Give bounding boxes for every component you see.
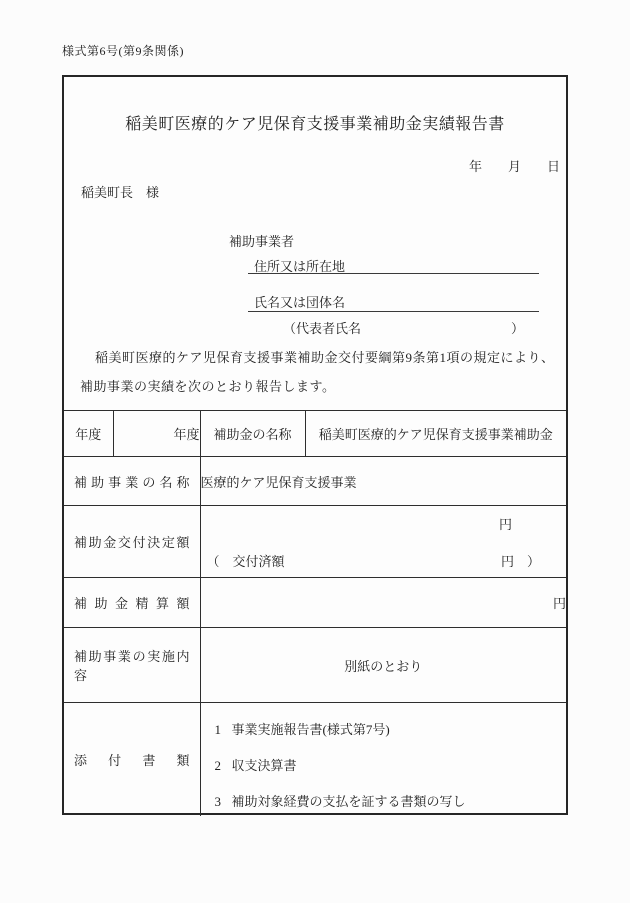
grant-decided-label-cell: 補助金交付決定額	[64, 506, 200, 578]
addressee: 稲美町長 様	[81, 182, 159, 201]
grant-decided-unit: 円	[201, 514, 567, 533]
attachment-item-text: 補助対象経費の支払を証する書類の写し	[232, 794, 466, 809]
paid-amount-unit: 円 ）	[501, 551, 540, 570]
table-row-fiscal-year: 年度 年度 補助金の名称 稲美町医療的ケア児保育支援事業補助金	[64, 411, 566, 457]
settlement-unit: 円	[200, 578, 566, 628]
attachment-item-text: 事業実施報告書(様式第7号)	[232, 722, 390, 737]
project-name-label: 補助事業の名称	[64, 472, 200, 491]
attachments-label: 添付書類	[64, 750, 200, 769]
implementation-label: 補助事業の実施内容	[64, 646, 200, 684]
attachment-item: 2収支決算書	[215, 755, 561, 774]
project-name-value: 医療的ケア児保育支援事業	[200, 457, 566, 506]
body-text-line2: 補助事業の実績を次のとおり報告します。	[80, 376, 335, 395]
grant-decided-value-cell: 円 （ 交付済額 円 ）	[200, 506, 566, 578]
date-line: 年 月 日	[469, 156, 560, 175]
project-name-label-cell: 補助事業の名称	[64, 457, 200, 506]
paid-amount-line: （ 交付済額 円 ）	[201, 551, 567, 570]
grant-decided-label: 補助金交付決定額	[64, 532, 200, 551]
fiscal-year-value: 年度	[113, 411, 200, 457]
table-row-settlement-amount: 補助金精算額 円	[64, 578, 566, 628]
address-fill-line	[248, 273, 539, 274]
attachments-label-cell: 添付書類	[64, 703, 200, 816]
settlement-label: 補助金精算額	[64, 593, 200, 612]
name-fill-line	[248, 311, 539, 312]
form-number: 様式第6号(第9条関係)	[62, 42, 184, 59]
subsidy-name-value: 稲美町医療的ケア児保育支援事業補助金	[305, 411, 566, 457]
attachments-list-cell: 1事業実施報告書(様式第7号) 2収支決算書 3補助対象経費の支払を証する書類の…	[200, 703, 566, 816]
name-label: 氏名又は団体名	[254, 292, 345, 311]
paid-amount-label: （ 交付済額	[207, 551, 285, 570]
representative-label: （代表者氏名	[283, 318, 361, 337]
attachment-item-number: 2	[215, 758, 232, 774]
applicant-heading: 補助事業者	[229, 231, 294, 250]
attachment-item-text: 収支決算書	[232, 758, 297, 773]
fiscal-year-label: 年度	[64, 411, 113, 457]
body-text-line1: 稲美町医療的ケア児保育支援事業補助金交付要綱第9条第1項の規定により、	[95, 347, 555, 366]
subsidy-name-label: 補助金の名称	[200, 411, 305, 457]
document-page: 様式第6号(第9条関係) 稲美町医療的ケア児保育支援事業補助金実績報告書 年 月…	[0, 0, 630, 903]
document-title: 稲美町医療的ケア児保育支援事業補助金実績報告書	[64, 111, 566, 134]
attachment-item: 3補助対象経費の支払を証する書類の写し	[215, 791, 561, 810]
table-row-implementation: 補助事業の実施内容 別紙のとおり	[64, 628, 566, 703]
form-border-box: 稲美町医療的ケア児保育支援事業補助金実績報告書 年 月 日 稲美町長 様 補助事…	[62, 75, 568, 815]
table-row-attachments: 添付書類 1事業実施報告書(様式第7号) 2収支決算書 3補助対象経費の支払を証…	[64, 703, 566, 816]
attachments-list: 1事業実施報告書(様式第7号) 2収支決算書 3補助対象経費の支払を証する書類の…	[201, 708, 567, 810]
attachment-item-number: 3	[215, 794, 232, 810]
attachment-item-number: 1	[215, 722, 232, 738]
table-row-project-name: 補助事業の名称 医療的ケア児保育支援事業	[64, 457, 566, 506]
table-row-grant-decided-amount: 補助金交付決定額 円 （ 交付済額 円 ）	[64, 506, 566, 578]
implementation-value: 別紙のとおり	[200, 628, 566, 703]
implementation-label-cell: 補助事業の実施内容	[64, 628, 200, 703]
attachment-item: 1事業実施報告書(様式第7号)	[215, 719, 561, 738]
settlement-label-cell: 補助金精算額	[64, 578, 200, 628]
representative-line: （代表者氏名 ）	[283, 318, 524, 337]
representative-close-paren: ）	[511, 318, 524, 337]
report-table: 年度 年度 補助金の名称 稲美町医療的ケア児保育支援事業補助金 補助事業の名称 …	[64, 410, 566, 816]
